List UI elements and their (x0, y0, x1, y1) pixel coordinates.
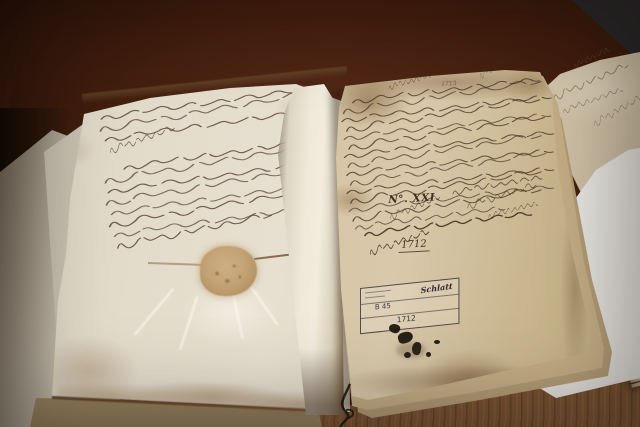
ink-blot (426, 352, 431, 357)
booklet-folio-numbering: N°. XXI (388, 192, 435, 206)
stamp-printed-text-line (365, 295, 385, 298)
stamp-place-name: Schlatt (420, 281, 452, 295)
ink-blot (434, 340, 440, 344)
booklet-header-year: 1713 (441, 80, 457, 88)
stamp-printed-text-line (365, 290, 391, 294)
photo-of-manuscripts: 1713 N°. XXI 1712 Schlatt (0, 0, 640, 427)
expedit-year: 1712 (398, 238, 430, 253)
ink-smear (396, 342, 426, 358)
